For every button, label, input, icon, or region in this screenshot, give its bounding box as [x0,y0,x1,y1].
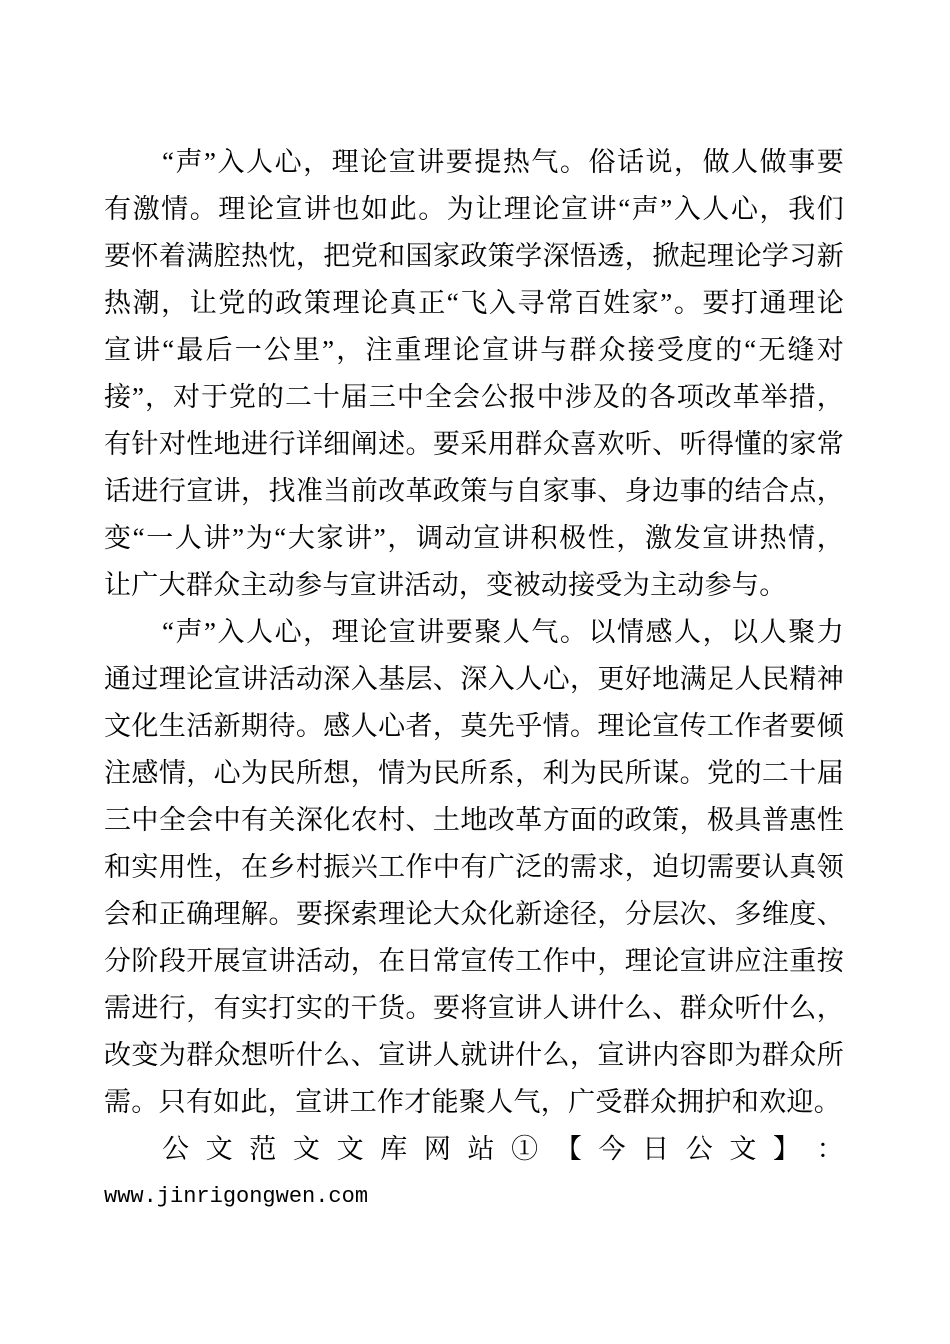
footer-site-name-line: 公 文 范 文 文 库 网 站 ① 【 今 日 公 文 】 ： [104,1126,844,1173]
footer-paragraph: 公 文 范 文 文 库 网 站 ① 【 今 日 公 文 】 ： www.jinr… [104,1126,844,1220]
text-line: 注感情，心为民所想，情为民所系，利为民所谋。党的二十届 [104,750,844,797]
text-line: 变“一人讲”为“大家讲”，调动宣讲积极性，激发宣讲热情， [104,515,844,562]
text-line: 要怀着满腔热忱，把党和国家政策学深悟透，掀起理论学习新 [104,233,844,280]
text-line: 话进行宣讲，找准当前改革政策与自家事、身边事的结合点， [104,468,844,515]
text-line: 三中全会中有关深化农村、土地改革方面的政策，极具普惠性 [104,797,844,844]
text-line: “声”入人心，理论宣讲要聚人气。以情感人，以人聚力 [104,609,844,656]
text-line: 有激情。理论宣讲也如此。为让理论宣讲“声”入人心，我们 [104,186,844,233]
text-line: 文化生活新期待。感人心者，莫先乎情。理论宣传工作者要倾 [104,703,844,750]
text-line: “声”入人心，理论宣讲要提热气。俗话说，做人做事要 [104,139,844,186]
text-line: 需。只有如此，宣讲工作才能聚人气，广受群众拥护和欢迎。 [104,1079,844,1126]
paragraph-1: “声”入人心，理论宣讲要提热气。俗话说，做人做事要 有激情。理论宣讲也如此。为让… [104,139,844,609]
text-line: 接”，对于党的二十届三中全会公报中涉及的各项改革举措， [104,374,844,421]
text-line: 让广大群众主动参与宣讲活动，变被动接受为主动参与。 [104,562,844,609]
text-line: 热潮，让党的政策理论真正“飞入寻常百姓家”。要打通理论 [104,280,844,327]
text-line: 宣讲“最后一公里”，注重理论宣讲与群众接受度的“无缝对 [104,327,844,374]
document-page: “声”入人心，理论宣讲要提热气。俗话说，做人做事要 有激情。理论宣讲也如此。为让… [0,0,950,1344]
text-line: 通过理论宣讲活动深入基层、深入人心，更好地满足人民精神 [104,656,844,703]
text-line: 和实用性，在乡村振兴工作中有广泛的需求，迫切需要认真领 [104,844,844,891]
footer-url: www.jinrigongwen.com [104,1173,844,1220]
document-body: “声”入人心，理论宣讲要提热气。俗话说，做人做事要 有激情。理论宣讲也如此。为让… [104,139,844,1220]
paragraph-2: “声”入人心，理论宣讲要聚人气。以情感人，以人聚力 通过理论宣讲活动深入基层、深… [104,609,844,1126]
text-line: 有针对性地进行详细阐述。要采用群众喜欢听、听得懂的家常 [104,421,844,468]
text-line: 需进行，有实打实的干货。要将宣讲人讲什么、群众听什么， [104,985,844,1032]
text-line: 改变为群众想听什么、宣讲人就讲什么，宣讲内容即为群众所 [104,1032,844,1079]
text-line: 分阶段开展宣讲活动，在日常宣传工作中，理论宣讲应注重按 [104,938,844,985]
text-line: 会和正确理解。要探索理论大众化新途径，分层次、多维度、 [104,891,844,938]
